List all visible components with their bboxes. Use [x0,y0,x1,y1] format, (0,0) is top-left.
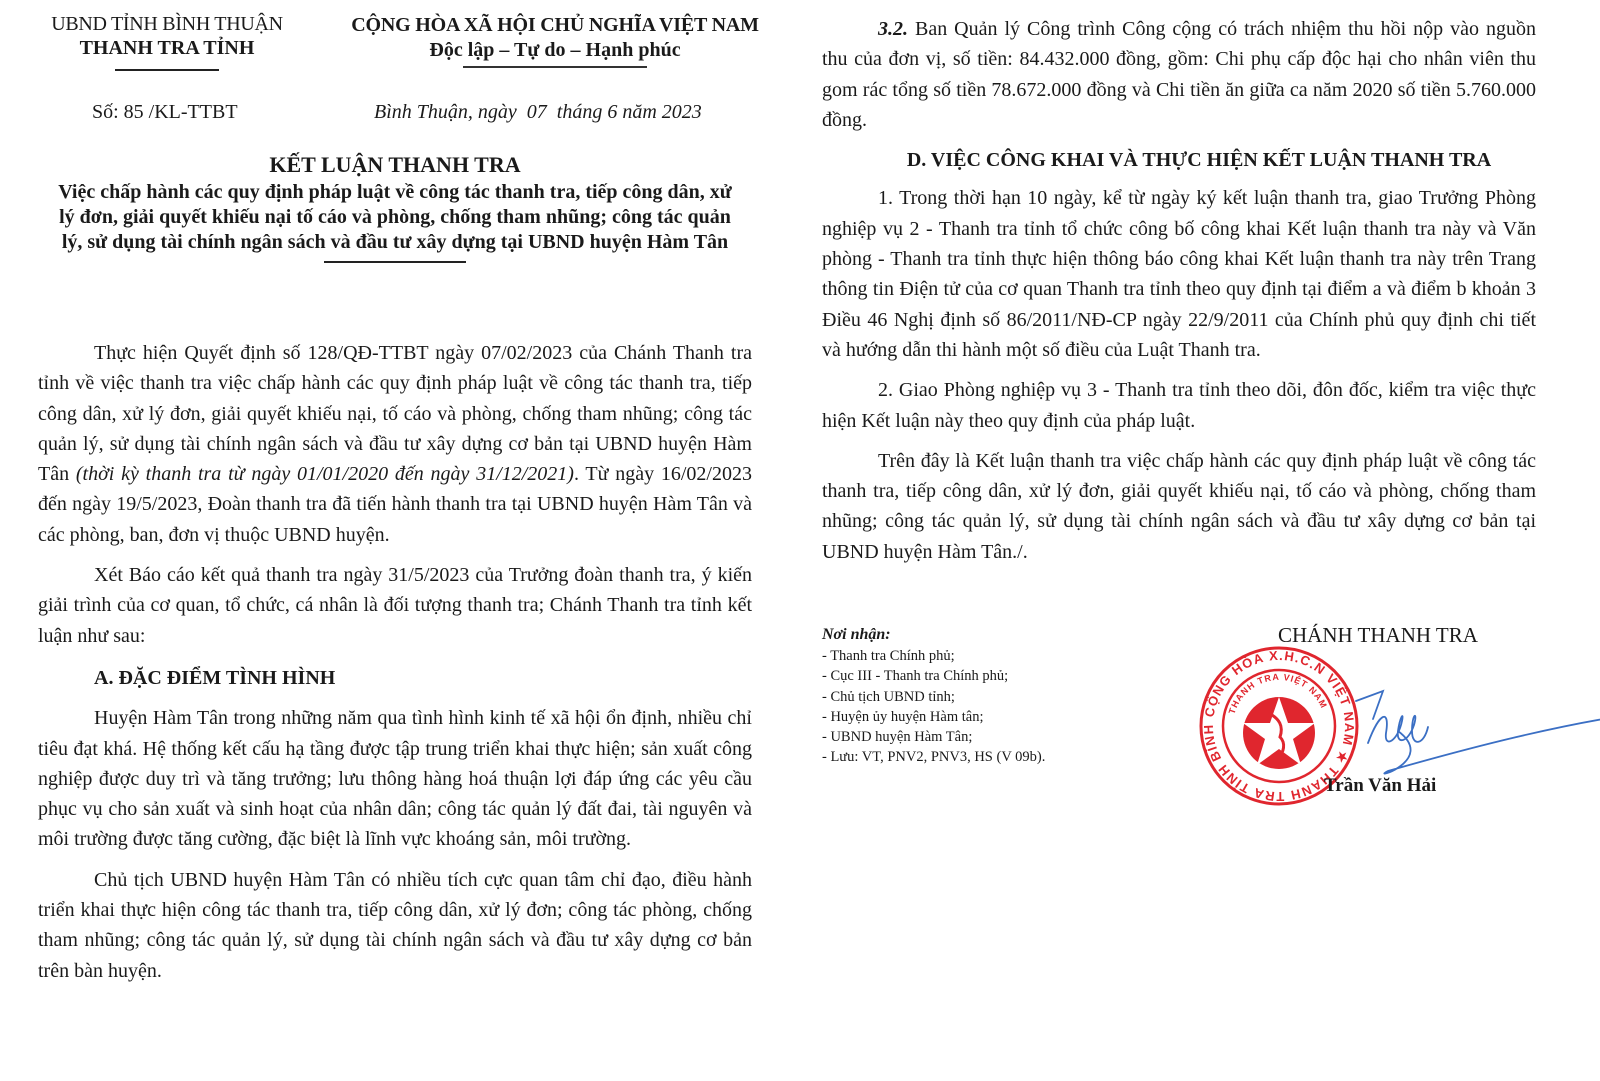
recipient-item: - Chủ tịch UBND tỉnh; [822,687,1162,707]
signer-name: Trần Văn Hải [1324,775,1436,797]
agency-header: UBND TỈNH BÌNH THUẬN THANH TRA TỈNH [38,12,296,71]
paragraph-report: Xét Báo cáo kết quả thanh tra ngày 31/5/… [38,560,752,651]
inspection-period: (thời kỳ thanh tra từ ngày 01/01/2020 đế… [76,463,574,485]
document-title: KẾT LUẬN THANH TRA [38,150,752,180]
closing-paragraph: Trên đây là Kết luận thanh tra việc chấp… [822,446,1536,567]
item-d1: 1. Trong thời hạn 10 ngày, kể từ ngày ký… [822,183,1536,365]
document-number: Số: 85 /KL-TTBT [92,101,238,124]
place-date: Bình Thuận, ngày 07 tháng 6 năm 2023 [374,101,702,124]
paragraph-decision: Thực hiện Quyết định số 128/QĐ-TTBT ngày… [38,338,752,550]
section-d-heading: D. VIỆC CÔNG KHAI VÀ THỰC HIỆN KẾT LUẬN … [822,145,1536,175]
national-title: CỘNG HÒA XÃ HỘI CHỦ NGHĨA VIỆT NAM [338,12,772,38]
recipients-title: Nơi nhận: [822,624,1162,646]
right-body: 3.2. Ban Quản lý Công trình Công cộng có… [822,14,1536,567]
item-text: Ban Quản lý Công trình Công cộng có trác… [822,18,1536,131]
recipient-item: - Cục III - Thanh tra Chính phủ; [822,666,1162,686]
section-a-heading: A. ĐẶC ĐIỂM TÌNH HÌNH [38,663,752,693]
title-underline [324,261,466,263]
agency-name: UBND TỈNH BÌNH THUẬN [38,12,296,36]
left-body: Thực hiện Quyết định số 128/QĐ-TTBT ngày… [38,338,752,986]
item-d2: 2. Giao Phòng nghiệp vụ 3 - Thanh tra tỉ… [822,375,1536,436]
office-name: THANH TRA TỈNH [38,36,296,60]
item-label: 3.2. [878,18,908,40]
recipient-item: - Thanh tra Chính phủ; [822,646,1162,666]
header-underline [115,69,219,71]
document-subject: Việc chấp hành các quy định pháp luật về… [38,180,752,255]
motto-underline [463,66,647,68]
recipient-item: - UBND huyện Hàm Tân; [822,727,1162,747]
title-block: KẾT LUẬN THANH TRA Việc chấp hành các qu… [38,150,752,263]
paragraph-situation: Huyện Hàm Tân trong những năm qua tình h… [38,703,752,854]
handwritten-signature [1328,671,1600,791]
recipients-block: Nơi nhận: - Thanh tra Chính phủ; - Cục I… [822,624,1162,768]
national-motto: Độc lập – Tự do – Hạnh phúc [429,38,680,62]
recipient-item: - Lưu: VT, PNV2, PNV3, HS (V 09b). [822,747,1162,767]
signature-block: CHÁNH THANH TRA CỘNG HÒA X.H.C.N VIỆT NA… [1208,621,1548,811]
national-header: CỘNG HÒA XÃ HỘI CHỦ NGHĨA VIỆT NAM Độc l… [338,12,772,68]
recipient-item: - Huyện ủy huyện Hàm tân; [822,707,1162,727]
item-3-2: 3.2. Ban Quản lý Công trình Công cộng có… [822,14,1536,135]
document-page-left: UBND TỈNH BÌNH THUẬN THANH TRA TỈNH CỘNG… [38,0,752,1081]
paragraph-chairman: Chủ tịch UBND huyện Hàm Tân có nhiều tíc… [38,865,752,986]
document-page-right: 3.2. Ban Quản lý Công trình Công cộng có… [822,0,1536,1081]
